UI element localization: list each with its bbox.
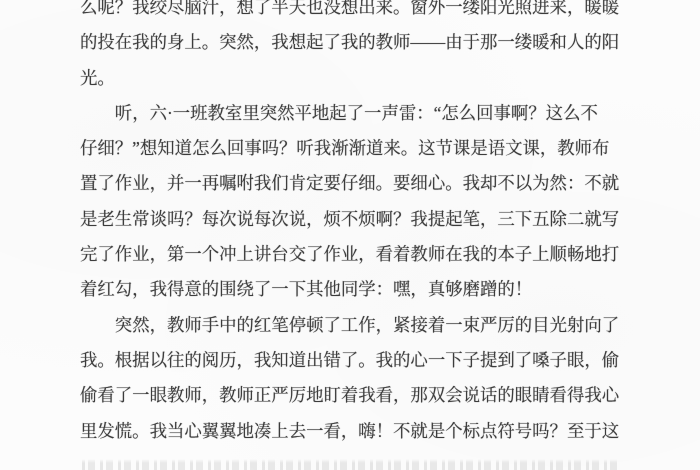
text-line: 着红勾，我得意的围绕了一下其他同学：嘿，真够磨蹭的！: [80, 272, 628, 307]
text-line: 偷看了一眼教师，教师正严厉地盯着我看，那双会说话的眼睛看得我心: [80, 378, 628, 413]
text-line: 里发慌。我当心翼翼地凑上去一看，嗨！不就是个标点符号吗？至于这: [80, 414, 628, 449]
text-line: 完了作业，第一个冲上讲台交了作业，看着教师在我的本子上顺畅地打: [80, 237, 628, 272]
text-line: 是老生常谈吗？每次说每次说，烦不烦啊？我提起笔，三下五除二就写: [80, 202, 628, 237]
text-line-paragraph-start: 突然，教师手中的红笔停顿了工作，紧接着一束严厉的目光射向了: [80, 308, 628, 343]
text-line: 么呢？我绞尽脑汁，想了半天也没想出来。窗外一缕阳光照进来，暖暖: [80, 0, 628, 25]
text-line: 光。: [80, 61, 628, 96]
text-line-paragraph-start: 听，六·一班教室里突然平地起了一声雷：“怎么回事啊？这么不: [80, 96, 628, 131]
clipped-text-line: [82, 459, 620, 470]
document-page: 么呢？我绞尽脑汁，想了半天也没想出来。窗外一缕阳光照进来，暖暖 的投在我的身上。…: [0, 0, 700, 470]
text-line: 置了作业，并一再嘱咐我们肯定要仔细。要细心。我却不以为然：不就: [80, 166, 628, 201]
text-line: 我。根据以往的阅历，我知道出错了。我的心一下子提到了嗓子眼，偷: [80, 343, 628, 378]
essay-text-block: 么呢？我绞尽脑汁，想了半天也没想出来。窗外一缕阳光照进来，暖暖 的投在我的身上。…: [80, 0, 628, 449]
text-line: 仔细？”想知道怎么回事吗？听我渐渐道来。这节课是语文课，教师布: [80, 131, 628, 166]
text-line: 的投在我的身上。突然，我想起了我的教师——由于那一缕暖和人的阳: [80, 25, 628, 60]
